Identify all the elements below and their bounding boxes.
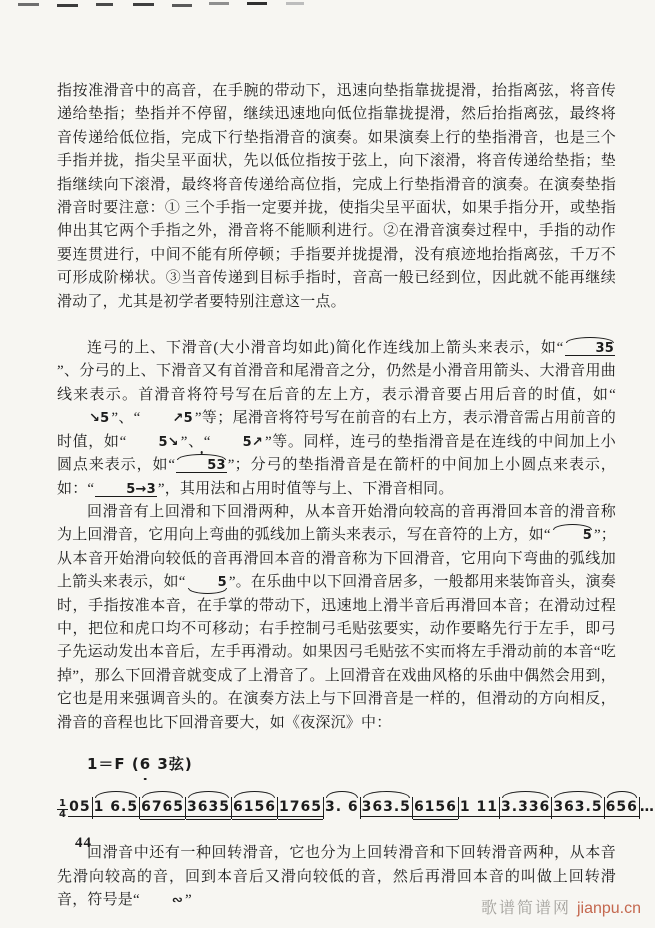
page-number: 44 [75,835,92,852]
meter-denominator: 4 [59,810,66,820]
notation-upper-return-slide-5: 5 [552,529,593,542]
notation-slur-35: 35 [565,342,616,356]
bleed-mark [286,2,304,5]
paragraph-3-text: 回滑音有上回滑和下回滑两种，从本音开始滑向较高的音再滑回本音的滑音称为上回滑音，… [57,504,616,543]
music-measure: 1 11 [459,798,499,817]
notation-slide-up-after: 5↗ [212,436,264,449]
music-measure: 6765 [140,798,185,820]
music-measure: 3.336 [500,798,551,817]
music-measure: 3635 [186,798,231,820]
music-measure: 363.5 [552,798,603,817]
paragraph-2-text: ”、分弓的上、下滑音又有首滑音和尾滑音之分，仍然是小滑音用箭头、大滑音用曲线来表… [57,363,616,402]
bleed-mark [57,4,78,7]
music-measure: 05 [68,798,91,817]
notation-turn-slide-symbol: ∾ [141,894,184,907]
paragraph-2-text: ”，其用法和占用时值等与上、下滑音相同。 [158,481,454,497]
paragraph-3-text: ”。在乐曲中以下回滑音居多，一般都用来装饰音头，演奏时，手指按准本音，在手掌的带… [57,574,616,730]
music-measure: 3. 6 [324,798,360,816]
book-page: 指按准滑音中的高音，在手腕的带动下，迅速向垫指靠拢提滑，抬指离弦，将音传递给垫指… [0,0,655,928]
music-measure: 363.5 [361,798,412,817]
notation-lower-return-slide-5: 5 [187,576,228,589]
paragraph-2-text: ”、“ [111,410,140,426]
key-signature-text: 3弦) [151,755,193,773]
bleed-mark [172,4,192,7]
notation-slide-down-after: 5↘ [127,436,179,449]
notation-pad-finger-slur-53: 53 [176,459,227,473]
watermark-site-url: jianpu.cn [577,900,641,917]
bleed-mark [96,3,113,6]
bleed-mark [247,2,267,5]
music-measure: 6156 [232,798,277,820]
notation-slide-down-before: ↘5 [58,412,110,425]
music-measure: 656 [605,798,639,817]
music-measure: 1 6.5 [93,798,139,817]
paragraph-2-text: ”、“ [181,434,211,450]
paragraph-4-text: ” [185,892,192,908]
watermark-site-name: 歌谱简谱网 [481,900,571,917]
notation-pad-finger-arrow-53: 5→3 [95,483,157,497]
notation-slide-up-before: ↗5 [142,412,194,425]
meter-signature: 14 [57,799,68,820]
watermark: 歌谱简谱网 jianpu.cn [481,895,641,918]
jianpu-score: 14 05 1 6.5 6765 3635 6156 1765 3. 6 363… [57,790,616,820]
key-signature-text: 1＝F ( [87,755,140,773]
paragraph-3: 回滑音有上回滑和下回滑两种，从本音开始滑向较高的音再滑回本音的滑音称为上回滑音，… [57,501,616,735]
paragraph-1: 指按准滑音中的高音，在手腕的带动下，迅速向垫指靠拢提滑，抬指离弦，将音传递给垫指… [57,80,616,314]
low-octave-note: 6 [140,753,151,776]
music-measure: 1765 [278,798,323,820]
bleed-mark [133,3,154,6]
score-ending: …… [640,798,655,816]
bleed-mark [209,2,229,5]
music-measure: 6156 [413,798,458,820]
body-text: 指按准滑音中的高音，在手腕的带动下，迅速向垫指靠拢提滑，抬指离弦，将音传递给垫指… [57,80,616,913]
key-signature-line: 1＝F (6 3弦) [87,753,616,776]
bleed-mark [18,3,39,6]
paragraph-2-text: 连弓的上、下滑音(大小滑音均如此)简化作连线加上箭头来表示，如“ [87,340,564,356]
paragraph-2: 连弓的上、下滑音(大小滑音均如此)简化作连线加上箭头来表示，如“35”、分弓的上… [57,337,616,501]
